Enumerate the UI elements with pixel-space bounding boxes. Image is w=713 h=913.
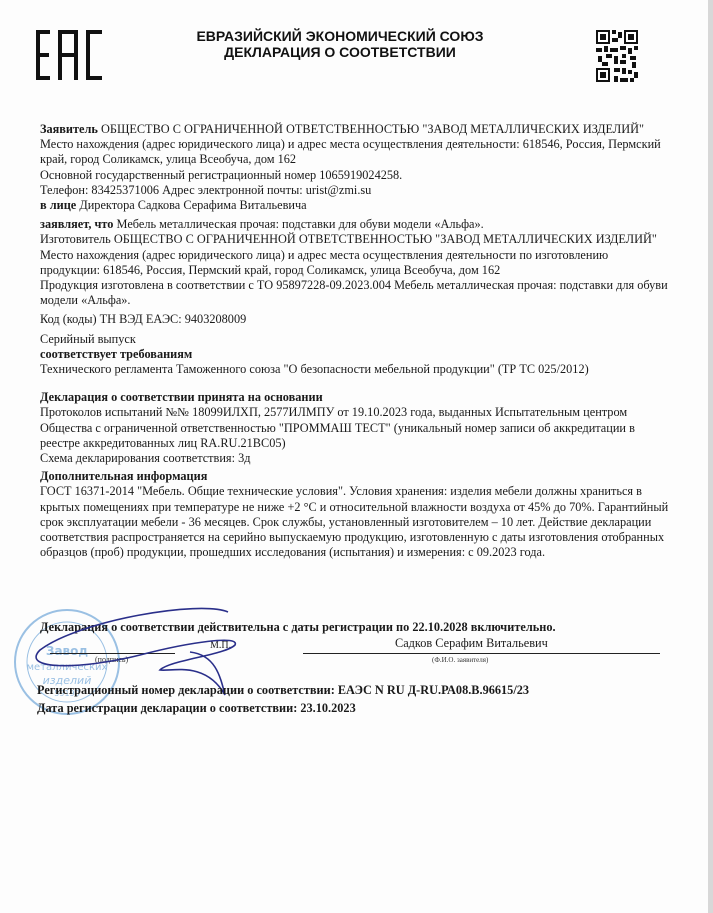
eac-logo-icon	[36, 30, 102, 80]
page-edge	[708, 0, 713, 913]
product-name: Мебель металлическая прочая: подставки д…	[113, 217, 483, 231]
qr-code-icon	[596, 30, 638, 82]
applicant-person: в лице Директора Садкова Серафима Виталь…	[40, 198, 670, 213]
union-name: ЕВРАЗИЙСКИЙ ЭКОНОМИЧЕСКИЙ СОЮЗ	[180, 28, 500, 44]
declaration-body: Заявитель ОБЩЕСТВО С ОГРАНИЧЕННОЙ ОТВЕТС…	[40, 122, 670, 560]
registration-date: Дата регистрации декларации о соответств…	[37, 701, 356, 716]
regulation: Технического регламента Таможенного союз…	[40, 362, 670, 377]
signatory-name: Садков Серафим Витальевич	[395, 636, 548, 651]
applicant-contacts: Телефон: 83425371006 Адрес электронной п…	[40, 183, 670, 198]
release-type: Серийный выпуск	[40, 332, 670, 347]
document-header: ЕВРАЗИЙСКИЙ ЭКОНОМИЧЕСКИЙ СОЮЗ ДЕКЛАРАЦИ…	[180, 28, 500, 60]
basis-protocols: Протоколов испытаний №№ 18099ИЛХП, 2577И…	[40, 405, 670, 451]
person-label: в лице	[40, 198, 76, 212]
complies-label: соответствует требованиям	[40, 347, 670, 362]
additional-heading: Дополнительная информация	[40, 469, 670, 484]
applicant-line: Заявитель ОБЩЕСТВО С ОГРАНИЧЕННОЙ ОТВЕТС…	[40, 122, 670, 137]
declares-line: заявляет, что Мебель металлическая проча…	[40, 217, 670, 232]
name-caption: (Ф.И.О. заявителя)	[432, 656, 488, 664]
name-line	[303, 653, 660, 654]
basis-heading: Декларация о соответствии принята на осн…	[40, 390, 670, 405]
registration-number: Регистрационный номер декларации о соотв…	[37, 683, 529, 698]
produced-per: Продукция изготовлена в соответствии с Т…	[40, 278, 670, 308]
applicant-address: Место нахождения (адрес юридического лиц…	[40, 137, 670, 167]
manufacturer-address: Место нахождения (адрес юридического лиц…	[40, 248, 670, 278]
additional-text: ГОСТ 16371-2014 "Мебель. Общие техническ…	[40, 484, 670, 560]
person-name: Директора Садкова Серафима Витальевича	[76, 198, 306, 212]
manufacturer: Изготовитель ОБЩЕСТВО С ОГРАНИЧЕННОЙ ОТВ…	[40, 232, 670, 247]
basis-scheme: Схема декларирования соответствия: 3д	[40, 451, 670, 466]
applicant-label: Заявитель	[40, 122, 98, 136]
hs-code: Код (коды) ТН ВЭД ЕАЭС: 9403208009	[40, 312, 670, 327]
declares-label: заявляет, что	[40, 217, 113, 231]
document-title: ДЕКЛАРАЦИЯ О СООТВЕТСТВИИ	[180, 44, 500, 60]
applicant-name: ОБЩЕСТВО С ОГРАНИЧЕННОЙ ОТВЕТСТВЕННОСТЬЮ…	[98, 122, 644, 136]
applicant-ogrn: Основной государственный регистрационный…	[40, 168, 670, 183]
